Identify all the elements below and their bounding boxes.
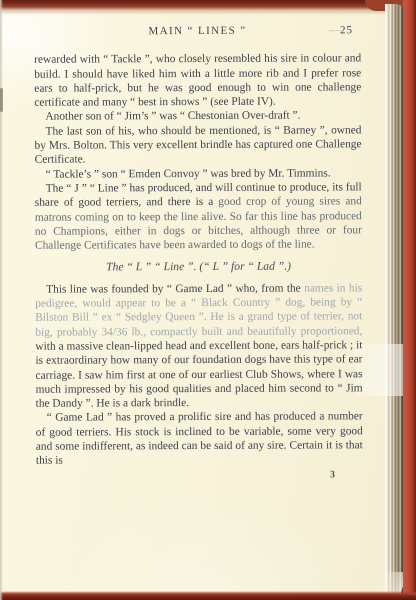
paragraph-j-line: The “ J ” “ Line ” has produced, and wil…: [35, 180, 362, 253]
paragraph-emden-convoy: “ Tackle’s ” son “ Emden Convoy ” was br…: [35, 166, 362, 182]
page-title: MAIN “ LINES ”: [148, 25, 246, 37]
running-header: MAIN “ LINES ” —25: [34, 23, 361, 39]
book-cover-top-edge: [0, 0, 416, 15]
book-page-photo: MAIN “ LINES ” —25 rewarded with “ Tackl…: [0, 0, 416, 600]
folio-dash: —: [329, 24, 340, 36]
book-cover-bottom-edge: [0, 591, 416, 600]
folio: —25: [329, 23, 353, 37]
paragraph-game-lad: This line was founded by “ Game Lad ” wh…: [35, 281, 363, 411]
paragraph-overdraft: Another son of “ Jim’s ” was “ Chestonia…: [34, 109, 361, 125]
paragraph-game-lad-rest: with a massive clean-lipped head and exc…: [35, 339, 362, 410]
paragraph-barney: The last son of his, who should be menti…: [34, 123, 361, 167]
page-stack-fore-edge: [385, 4, 403, 600]
paragraph-game-lad-start: This line was founded by “ Game Lad ” wh…: [46, 282, 304, 295]
paragraph-tackle: rewarded with “ Tackle ”, who closely re…: [34, 52, 361, 111]
section-heading-l-line: The “ L ” “ Line ”. (“ L ” for “ Lad ”.): [35, 260, 362, 276]
paragraph-prolific-sire: “ Game Lad ” has proved a prolific sire …: [36, 410, 363, 469]
binding-mark: [0, 88, 3, 112]
signature-mark: 3: [36, 468, 363, 484]
printed-page: MAIN “ LINES ” —25 rewarded with “ Tackl…: [34, 23, 363, 483]
book-cover-right-edge: [403, 0, 416, 600]
page-number: 25: [340, 24, 353, 36]
